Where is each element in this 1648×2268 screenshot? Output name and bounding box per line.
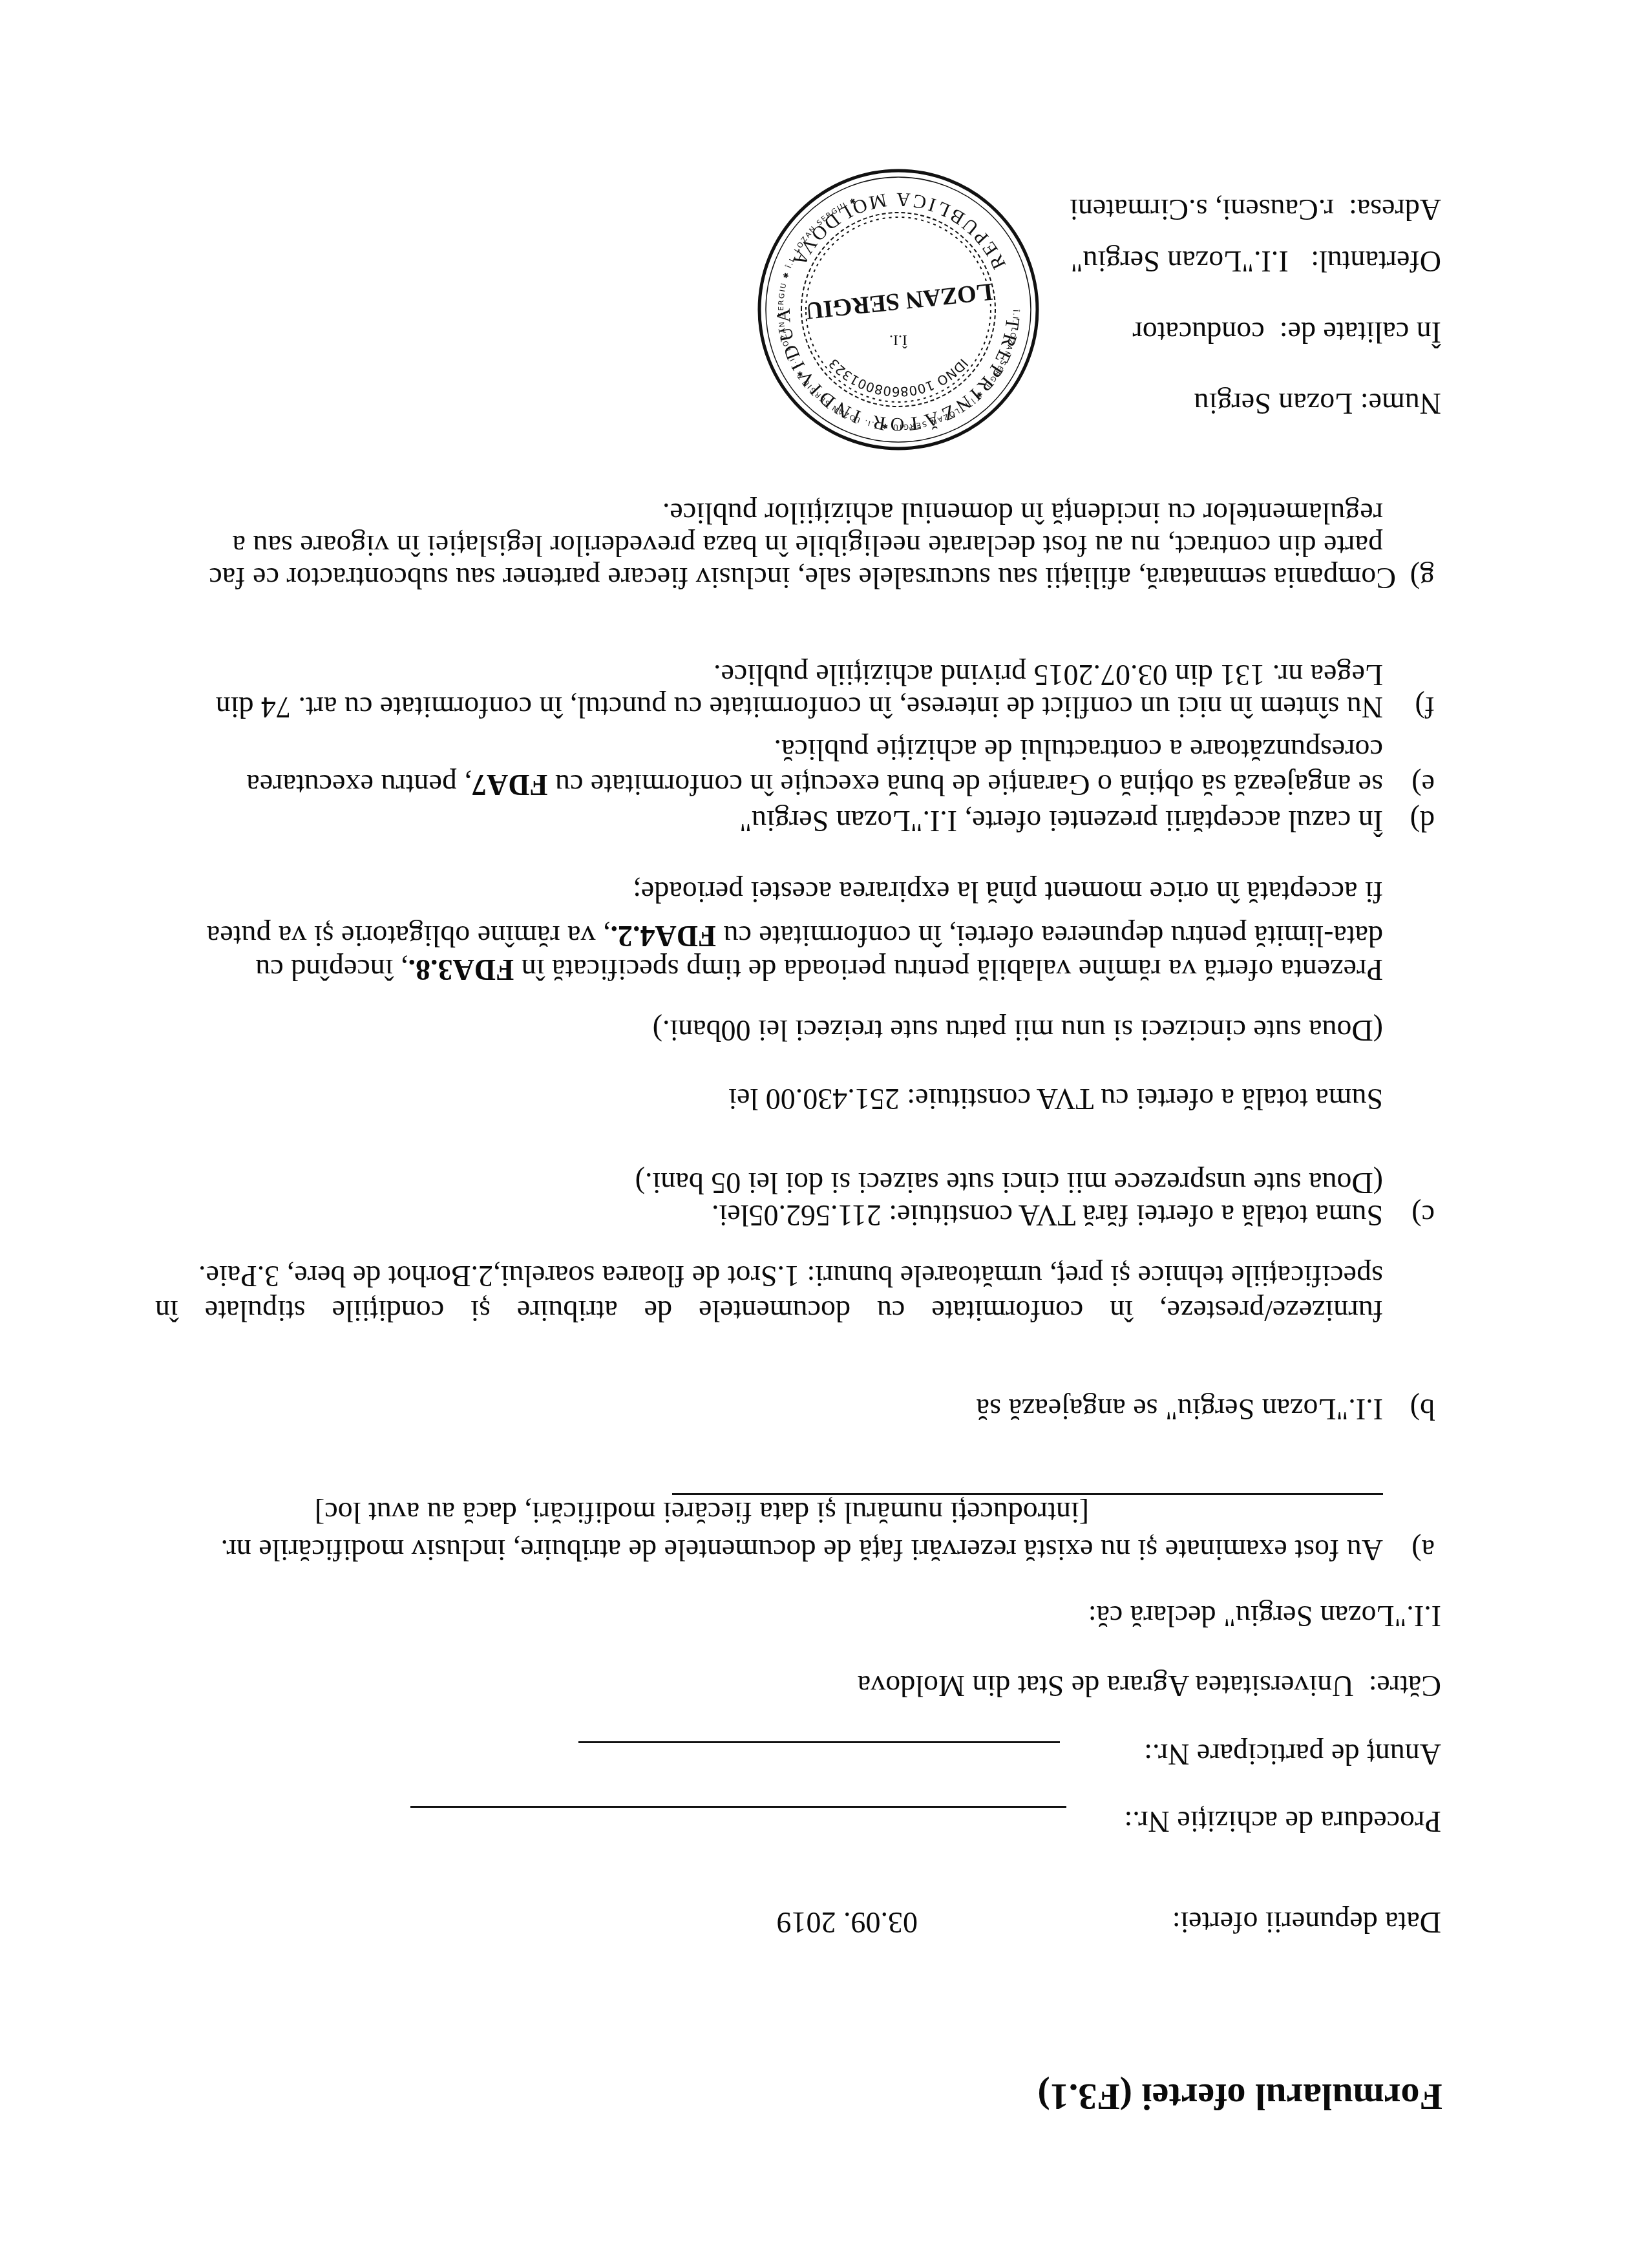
total-with-vat: Suma totală a ofertei cu TVA constituie:… bbox=[728, 1084, 1383, 1114]
item-g-marker: g) bbox=[1410, 563, 1435, 593]
validity-text: data-limită pentru depunerea ofertei, în… bbox=[716, 920, 1383, 953]
amendments-hint: [introduceți numărul și data fiecărei mo… bbox=[315, 1498, 1089, 1527]
item-a-text: Au fost examinate și nu există rezervări… bbox=[221, 1535, 1383, 1565]
signer-name: Nume: Lozan Sergiu bbox=[1194, 388, 1441, 418]
item-g-line-3: regulamentelor cu incidență în domeniul … bbox=[662, 498, 1383, 528]
bidder-value: I.I."Lozan Sergiu" bbox=[1071, 245, 1289, 278]
item-g-line-2: parte din contract, nu au fost declarate… bbox=[233, 531, 1383, 560]
ref-fda3-8: FDA3.8. bbox=[408, 953, 514, 986]
guarantee-text-end: , pentru executarea bbox=[246, 768, 472, 801]
item-f-line-1: Nu sîntem în nici un conflict de interes… bbox=[216, 692, 1383, 722]
signer-name-label: Nume: bbox=[1360, 387, 1441, 420]
signer-role-label: În calitate de: bbox=[1280, 316, 1441, 349]
svg-text:LOZAN SERGIU: LOZAN SERGIU bbox=[805, 278, 994, 324]
validity-line-3: fi acceptată în orice moment pînă la exp… bbox=[633, 877, 1383, 907]
item-e-line-2: corespunzătoare a contractului de achizi… bbox=[774, 735, 1383, 765]
total-without-vat: Suma totală a ofertei fără TVA constitui… bbox=[712, 1200, 1383, 1230]
stamp-seal-icon: Î.I. LOZAN SERGIU ✱ Î.I. LOZAN SERGIU ✱ … bbox=[753, 164, 1044, 455]
item-a-marker: a) bbox=[1411, 1535, 1435, 1565]
validity-line-2: data-limită pentru depunerea ofertei, în… bbox=[207, 921, 1383, 951]
bidder: Ofertantul: I.I."Lozan Sergiu" bbox=[1071, 246, 1441, 276]
item-e-marker: e) bbox=[1411, 770, 1435, 800]
item-b-marker: b) bbox=[1410, 1394, 1435, 1424]
recipient-value: Universitatea Agrara de Stat din Moldova bbox=[858, 1669, 1354, 1702]
notice-number-label: Anunț de participare Nr.: bbox=[1144, 1739, 1441, 1769]
page-title: Formularul ofertei (F3.1) bbox=[1037, 2078, 1442, 2115]
item-e-line-1: se angajează să obțină o Garanție de bun… bbox=[246, 770, 1383, 800]
item-b-text-1: furnizeze/presteze, în conformitate cu d… bbox=[155, 1296, 1383, 1326]
guarantee-text: se angajează să obțină o Garanție de bun… bbox=[547, 768, 1383, 801]
signer-role-value: conducator bbox=[1132, 316, 1264, 349]
validity-text: Prezenta ofertă va rămîne valabilă pentr… bbox=[514, 953, 1383, 986]
item-d-marker: d) bbox=[1410, 806, 1435, 836]
declaration-intro: I.I."Lozan Sergiu" declară că: bbox=[1088, 1601, 1441, 1631]
notice-number-field bbox=[578, 1741, 1060, 1743]
submission-date-label: Data depunerii ofertei: bbox=[1172, 1907, 1441, 1937]
svg-text:Î.I.: Î.I. bbox=[889, 332, 907, 348]
ref-fda4-2: FDA4.2. bbox=[610, 920, 716, 953]
submission-date-value: 03.09. 2019 bbox=[777, 1907, 918, 1937]
item-f-marker: f) bbox=[1415, 692, 1435, 722]
svg-text:IDNO 1008608001323: IDNO 1008608001323 bbox=[825, 355, 971, 399]
validity-text-end: , va rămîne obligatorie și va putea bbox=[207, 920, 611, 953]
address-label: Adresa: bbox=[1349, 193, 1441, 226]
validity-line-1: Prezenta ofertă va rămîne valabilă pentr… bbox=[255, 955, 1383, 984]
svg-text:ÎNTREPRINZĂTOR INDIVIDUAL: ÎNTREPRINZĂTOR INDIVIDUAL bbox=[773, 304, 1044, 455]
item-f-line-2: Legea nr. 131 din 03.07.2015 privind ach… bbox=[713, 660, 1383, 690]
ref-fda7: FDA7 bbox=[472, 768, 548, 801]
validity-text-end: , începînd cu bbox=[255, 953, 408, 986]
bidder-label: Ofertantul: bbox=[1311, 245, 1441, 278]
item-d-text: În cazul acceptării prezentei oferte, I.… bbox=[739, 806, 1383, 836]
bidder-address: Adresa: r.Causeni, s.Cirmateni bbox=[1070, 195, 1441, 224]
total-without-vat-words: (Doua sute unsprezece mii cinci sute sai… bbox=[635, 1168, 1383, 1198]
signer-name-value: Lozan Sergiu bbox=[1194, 387, 1353, 420]
document-page: Formularul ofertei (F3.1) Data depunerii… bbox=[0, 0, 1648, 2268]
item-c-marker: c) bbox=[1411, 1200, 1435, 1230]
item-b-intro: I.I."Lozan Sergiu" se angajează să bbox=[977, 1394, 1383, 1424]
amendments-field bbox=[672, 1493, 1383, 1495]
procedure-number-label: Procedura de achiziție Nr.: bbox=[1125, 1807, 1441, 1836]
signer-role: În calitate de: conducator bbox=[1132, 317, 1441, 347]
recipient-line: Către: Universitatea Agrara de Stat din … bbox=[858, 1671, 1441, 1701]
total-with-vat-words: (Doua sute cincizeci si unu mii patru su… bbox=[653, 1015, 1383, 1045]
item-b-goods-list: specificațiile tehnice și preț, următoar… bbox=[198, 1261, 1383, 1291]
item-g-line-1: Compania semnatară, afiliații sau sucurs… bbox=[209, 563, 1396, 593]
address-value: r.Causeni, s.Cirmateni bbox=[1070, 193, 1334, 226]
procedure-number-field bbox=[410, 1806, 1066, 1808]
company-stamp: Î.I. LOZAN SERGIU ✱ Î.I. LOZAN SERGIU ✱ … bbox=[753, 164, 1044, 455]
recipient-label: Către: bbox=[1369, 1669, 1441, 1702]
